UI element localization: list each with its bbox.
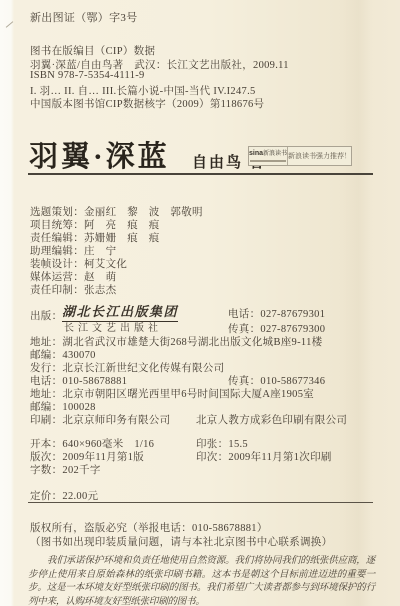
spec-impression: 印次：2009年11月第1次印刷 — [196, 449, 332, 464]
publisher-phone: 电话：027-87679301 — [228, 306, 325, 321]
book-title: 羽翼·深蓝 — [29, 134, 170, 175]
cip-heading: 图书在版编目（CIP）数据 — [30, 43, 155, 58]
copyright-page: 新出图证（鄂）字3号 图书在版编目（CIP）数据 羽翼·深蓝/自由鸟著 武汉：长… — [0, 0, 400, 606]
spec-word-count: 字数：202千字 — [30, 462, 101, 477]
staff-label: 责任印制： — [30, 285, 84, 296]
footer-divider-rule — [28, 502, 373, 503]
publication-permit-number: 新出图证（鄂）字3号 — [30, 9, 138, 25]
page-curve-shadow — [338, 0, 372, 606]
staff-value: 张志杰 — [84, 285, 116, 296]
staff-row: 责任印制：张志杰 — [30, 282, 116, 297]
scan-artifact-mark — [6, 21, 14, 28]
sina-brand-latin: sina — [249, 150, 263, 157]
badge-slogan: 新浪读书强力推荐！ — [288, 147, 351, 165]
publisher-press-name: 长江文艺出版社 — [64, 319, 162, 334]
cip-line-record-number: 中国版本图书馆CIP数据核字（2009）第118676号 — [30, 96, 264, 111]
cip-line-isbn: ISBN 978-7-5354-4111-9 — [30, 70, 145, 81]
price-line: 定价：22.00元 — [30, 488, 98, 503]
quality-notice: （图书如出现印装质量问题，请与本社北京图书中心联系调换） — [30, 534, 332, 549]
publisher-label: 出版： — [30, 308, 62, 323]
printer-line: 印刷：北京京师印务有限公司 — [30, 412, 170, 427]
printer-secondary: 北京人教方成彩色印刷有限公司 — [196, 412, 347, 427]
copyright-notice: 版权所有，盗版必究（举报电话：010-58678881） — [30, 520, 268, 535]
sina-url-line — [250, 160, 286, 162]
sina-brand-chinese: 新浪读书 — [263, 151, 287, 157]
sina-recommendation-badge: sina新浪读书 新浪读书强力推荐！ — [248, 146, 352, 166]
eco-statement: 我们承诺保护环境和负责任地使用自然资源。我们将协同我们的纸张供应商，逐步停止使用… — [28, 555, 375, 606]
title-divider-rule — [28, 173, 373, 175]
sina-logo: sina新浪读书 — [249, 147, 288, 165]
